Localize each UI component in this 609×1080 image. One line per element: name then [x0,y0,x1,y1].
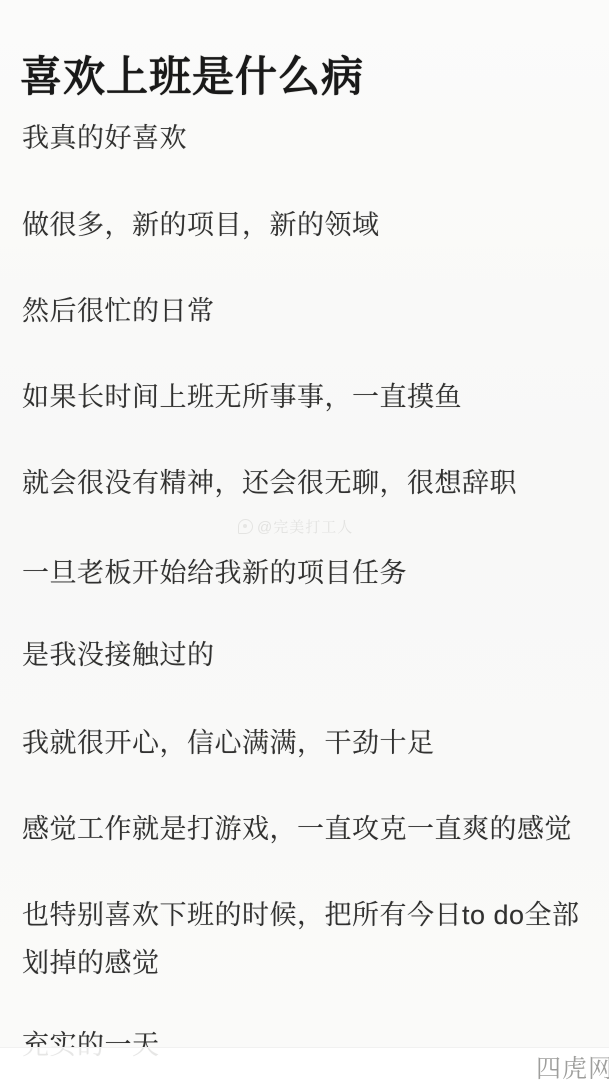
corner-watermark-text: 四虎网 [536,1049,609,1080]
paragraph-10-line-2: 划掉的感觉 [22,941,160,980]
paragraph-9: 感觉工作就是打游戏，一直攻克一直爽的感觉 [22,807,572,846]
paragraph-6: 一旦老板开始给我新的项目任务 [22,551,407,590]
paragraph-10-line-1: 也特别喜欢下班的时候，把所有今日to do全部 [22,893,580,932]
page-title: 喜欢上班是什么病 [20,44,364,104]
paragraph-2: 做很多，新的项目，新的领域 [22,203,380,242]
center-watermark: @完美打工人 [238,516,353,537]
text-post-page: 喜欢上班是什么病 我真的好喜欢 做很多，新的项目，新的领域 然后很忙的日常 如果… [0,0,609,1080]
paragraph-3: 然后很忙的日常 [22,289,215,328]
paragraph-4: 如果长时间上班无所事事，一直摸鱼 [22,375,462,414]
bottom-watermark-strip [0,1047,609,1080]
center-watermark-text: @完美打工人 [257,516,353,537]
paragraph-8: 我就很开心，信心满满，干劲十足 [22,721,435,760]
paragraph-1: 我真的好喜欢 [22,116,187,155]
weibo-icon [238,519,253,534]
paragraph-7: 是我没接触过的 [22,633,215,672]
paragraph-5: 就会很没有精神，还会很无聊，很想辞职 [22,461,517,500]
